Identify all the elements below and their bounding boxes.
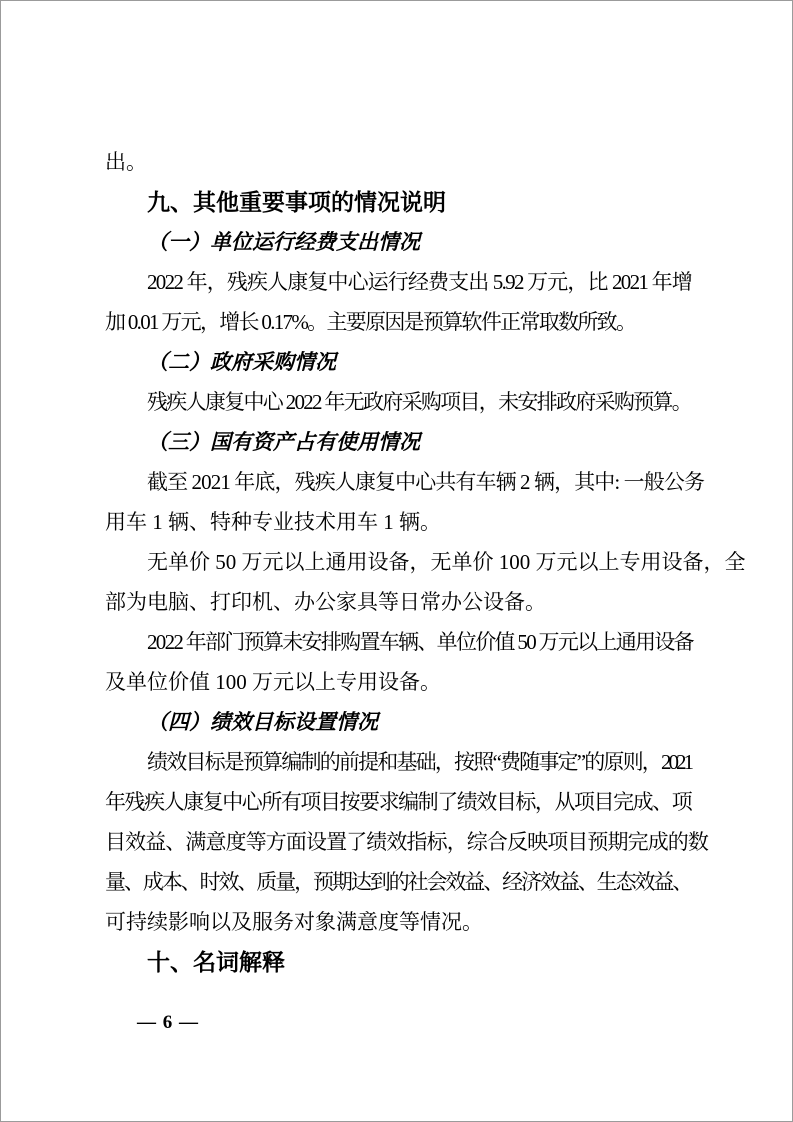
state-assets-vehicles-line-2: 用车 1 辆、特种专业技术用车 1 辆。	[105, 502, 691, 542]
performance-target-line-5: 可持续影响以及服务对象满意度等情况。	[105, 902, 691, 942]
performance-target-line-1: 绩效目标是预算编制的前提和基础，按照“费随事定”的原则，2021	[105, 742, 691, 782]
performance-target-line-4: 量、成本、时效、质量，预期达到的社会效益、经济效益、生态效益、	[105, 862, 691, 902]
performance-target-line-3: 目效益、满意度等方面设置了绩效指标，综合反映项目预期完成的数	[105, 822, 691, 862]
equipment-line-2: 部为电脑、打印机、办公家具等日常办公设备。	[105, 582, 691, 622]
state-assets-vehicles-line-1: 截至 2021 年底，残疾人康复中心共有车辆 2 辆，其中: 一般公务	[105, 462, 691, 502]
paragraph-continuation: 出。	[105, 142, 691, 182]
subsection-3-heading: （三）国有资产占有使用情况	[105, 422, 691, 462]
equipment-line-1: 无单价 50 万元以上通用设备，无单价 100 万元以上专用设备，全	[105, 542, 691, 582]
operating-expense-line-2: 加 0.01 万元，增长 0.17%。主要原因是预算软件正常取数所致。	[105, 302, 691, 342]
budget-purchase-line-2: 及单位价值 100 万元以上专用设备。	[105, 662, 691, 702]
subsection-2-heading: （二）政府采购情况	[105, 342, 691, 382]
subsection-1-heading: （一）单位运行经费支出情况	[105, 222, 691, 262]
budget-purchase-line-1: 2022 年部门预算未安排购置车辆、单位价值 50 万元以上通用设备	[105, 622, 691, 662]
gov-procurement-paragraph: 残疾人康复中心 2022 年无政府采购项目，未安排政府采购预算。	[105, 382, 691, 422]
document-page: 出。 九、其他重要事项的情况说明 （一）单位运行经费支出情况 2022 年，残疾…	[0, 0, 793, 1122]
page-number: — 6 —	[137, 1008, 199, 1038]
page-text-block: 出。 九、其他重要事项的情况说明 （一）单位运行经费支出情况 2022 年，残疾…	[105, 142, 691, 982]
section-10-heading: 十、名词解释	[105, 942, 691, 982]
section-9-heading: 九、其他重要事项的情况说明	[105, 182, 691, 222]
performance-target-line-2: 年残疾人康复中心所有项目按要求编制了绩效目标，从项目完成、项	[105, 782, 691, 822]
subsection-4-heading: （四）绩效目标设置情况	[105, 702, 691, 742]
operating-expense-line-1: 2022 年，残疾人康复中心运行经费支出 5.92 万元，比 2021 年增	[105, 262, 691, 302]
